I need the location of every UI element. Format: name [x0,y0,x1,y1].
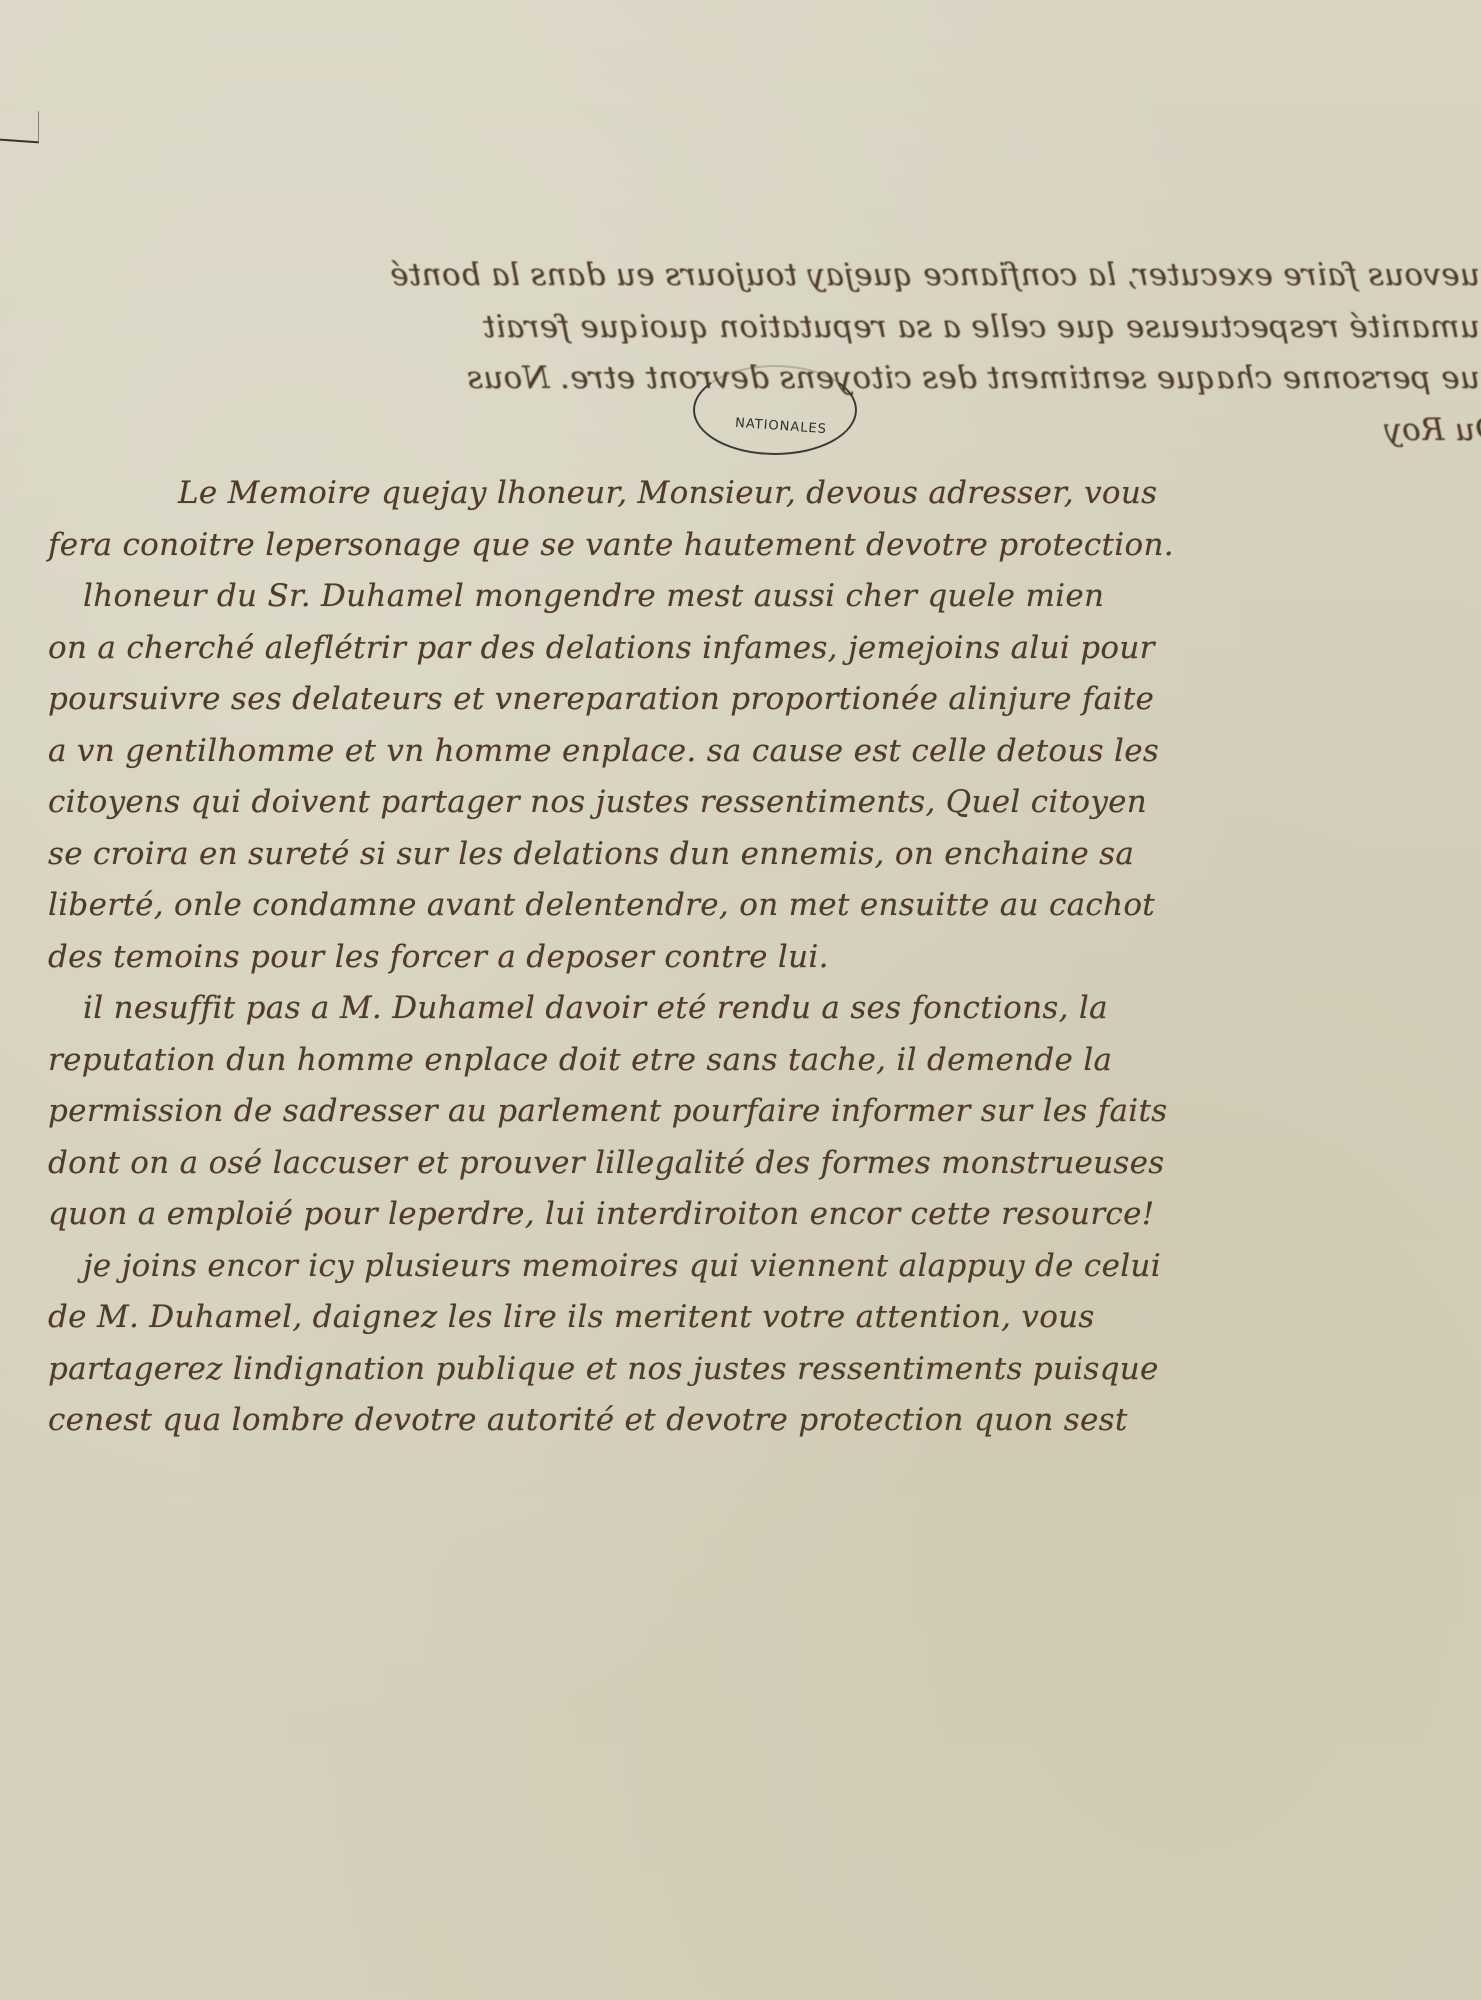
letter-line: partagerez lindignation publique et nos … [48,1344,1468,1396]
letter-line: fera conoitre lepersonage que se vante h… [48,520,1468,572]
letter-line: reputation dun homme enplace doit etre s… [48,1035,1468,1087]
bleed-line: quevous faire executer, la confiance que… [260,250,1481,302]
paper-edge-tab [0,109,39,144]
letter-line: dont on a osé laccuser et prouver lilleg… [48,1138,1468,1190]
bleed-line: humanité respectueuse que celle a sa rep… [260,302,1481,354]
letter-line: je joins encor icy plusieurs memoires qu… [48,1241,1468,1293]
letter-line: citoyens qui doivent partager nos justes… [48,777,1468,829]
letter-line: de M. Duhamel, daignez les lire ils meri… [48,1292,1468,1344]
bleed-through-text: quevous faire executer, la confiance que… [260,250,1481,456]
letter-line: poursuivre ses delateurs et vnereparatio… [48,674,1468,726]
letter-line: des temoins pour les forcer a deposer co… [48,932,1468,984]
manuscript-page: quevous faire executer, la confiance que… [0,0,1481,2000]
letter-line: Le Memoire quejay lhoneur, Monsieur, dev… [48,468,1468,520]
letter-line: liberté, onle condamne avant delentendre… [48,880,1468,932]
letter-body: Le Memoire quejay lhoneur, Monsieur, dev… [48,468,1468,1447]
letter-line: permission de sadresser au parlement pou… [48,1086,1468,1138]
letter-line: lhoneur du Sr. Duhamel mongendre mest au… [48,571,1468,623]
bleed-line: que personne chaque sentiment des citoye… [260,353,1481,405]
letter-line: a vn gentilhomme et vn homme enplace. sa… [48,726,1468,778]
letter-line: il nesuffit pas a M. Duhamel davoir eté … [48,983,1468,1035]
bleed-line: Du Roy [260,405,1481,457]
letter-line: cenest qua lombre devotre autorité et de… [48,1395,1468,1447]
letter-line: quon a emploié pour leperdre, lui interd… [48,1189,1468,1241]
stamp-text: NATIONALES [735,416,828,437]
archive-stamp: NATIONALES [693,365,857,455]
letter-line: on a cherché aleflétrir par des delation… [48,623,1468,675]
letter-line: se croira en sureté si sur les delations… [48,829,1468,881]
